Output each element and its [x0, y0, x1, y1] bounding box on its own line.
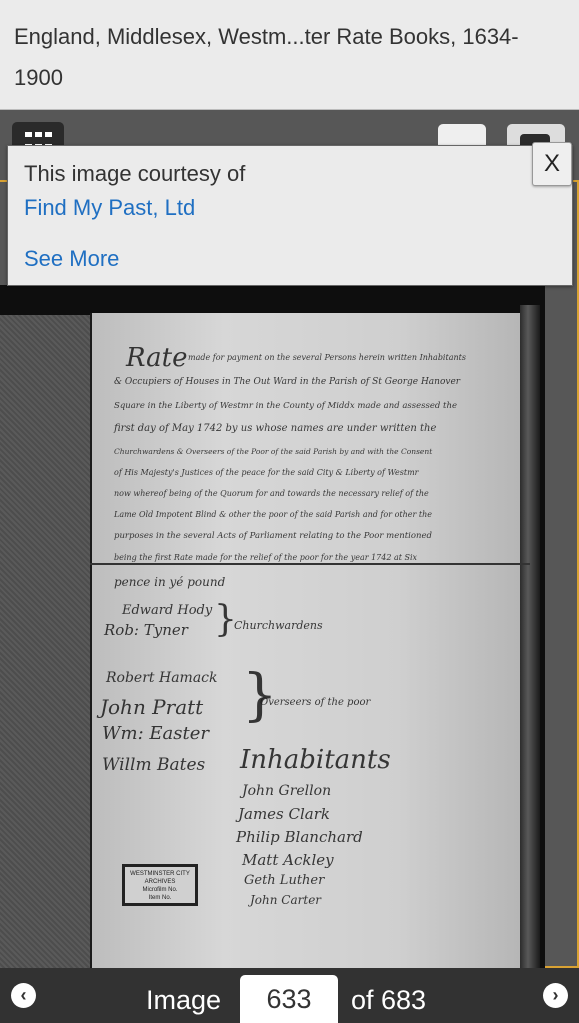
book-cover	[0, 315, 90, 968]
doc-line: & Occupiers of Houses in The Out Ward in…	[114, 377, 460, 387]
brace: }	[242, 663, 278, 728]
total-images-label: of 683	[351, 980, 426, 1020]
doc-heading: Rate	[126, 343, 188, 373]
doc-line: Churchwardens & Overseers of the Poor of…	[114, 447, 432, 456]
doc-line: now whereof being of the Quorum for and …	[114, 489, 429, 498]
image-pager: ‹ Image of 683 ›	[0, 968, 579, 1023]
close-popover-button[interactable]: X	[532, 142, 572, 186]
churchwarden-name: Rob: Tyner	[104, 621, 188, 639]
courtesy-text: This image courtesy of	[24, 157, 556, 191]
next-image-button[interactable]: ›	[543, 983, 568, 1008]
image-label: Image	[146, 980, 221, 1020]
doc-line: purposes in the several Acts of Parliame…	[114, 531, 432, 541]
divider-rule	[90, 563, 530, 565]
archive-stamp: WESTMINSTER CITY ARCHIVES Microfilm No. …	[122, 864, 198, 906]
image-courtesy-popover: This image courtesy of Find My Past, Ltd…	[7, 145, 573, 286]
overseer-name: Wm: Easter	[102, 723, 209, 744]
header: England, Middlesex, Westm...ter Rate Boo…	[0, 0, 579, 110]
page-number-input[interactable]	[240, 975, 338, 1023]
overseers-label: Overseers of the poor	[260, 697, 370, 708]
provider-link[interactable]: Find My Past, Ltd	[24, 191, 556, 225]
page-edge	[520, 305, 540, 968]
doc-line: pence in yé pound	[114, 575, 225, 589]
see-more-link[interactable]: See More	[24, 242, 556, 276]
inhabitant-name: Willm Bates	[102, 755, 205, 775]
doc-line: of His Majesty's Justices of the peace f…	[114, 468, 419, 477]
doc-line: Square in the Liberty of Westmr in the C…	[114, 401, 457, 411]
inhabitant-name: John Carter	[250, 893, 321, 907]
document-image[interactable]: Rate made for payment on the several Per…	[0, 285, 545, 968]
chevron-left-icon: ‹	[21, 985, 27, 1005]
collection-title: England, Middlesex, Westm...ter Rate Boo…	[14, 16, 565, 98]
overseer-name: John Pratt	[100, 695, 203, 719]
stamp-line: Item No.	[125, 894, 195, 902]
doc-line: being the first Rate made for the relief…	[114, 553, 417, 562]
churchwarden-name: Edward Hody	[122, 603, 212, 618]
inhabitant-name: Philip Blanchard	[236, 828, 363, 846]
overseer-name: Robert Hamack	[106, 670, 218, 686]
stamp-line: Microfilm No.	[125, 886, 195, 894]
stamp-title: WESTMINSTER CITY ARCHIVES	[125, 870, 195, 886]
doc-line: made for payment on the several Persons …	[188, 353, 466, 362]
inhabitant-name: James Clark	[238, 805, 330, 823]
churchwardens-label: Churchwardens	[234, 619, 323, 632]
doc-line: Lame Old Impotent Blind & other the poor…	[114, 510, 432, 519]
inhabitant-name: Geth Luther	[244, 873, 324, 888]
previous-image-button[interactable]: ‹	[11, 983, 36, 1008]
inhabitants-label: Inhabitants	[240, 745, 391, 775]
inhabitant-name: John Grellon	[242, 783, 331, 799]
chevron-right-icon: ›	[553, 985, 559, 1005]
doc-line: first day of May 1742 by us whose names …	[114, 423, 436, 434]
inhabitant-name: Matt Ackley	[242, 851, 334, 869]
